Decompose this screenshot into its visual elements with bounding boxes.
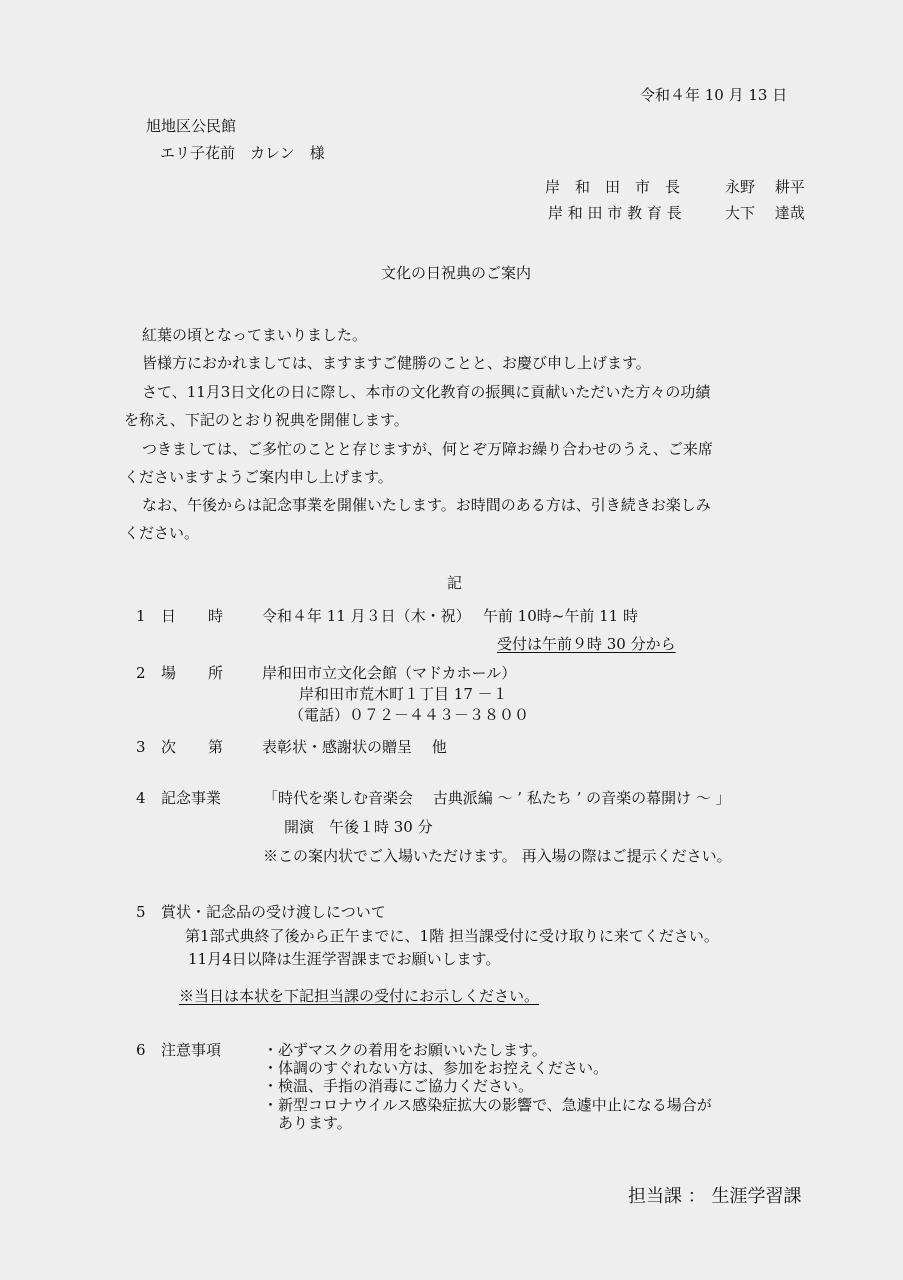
recipient-name: エリ子花前 カレン 様 (160, 146, 325, 161)
item-label: 賞状・記念品の受け渡しについて (161, 905, 386, 920)
venue-value: 岸和田市立文化会館（マドカホール） (262, 666, 516, 681)
event-title: 「時代を楽しむ音楽会 古典派編 ～ ’ 私たち ’ の音楽の幕開け ～ 」 (263, 791, 731, 806)
item-number: 4 (136, 791, 146, 806)
award-note: ※当日は本状を下記担当課の受付にお示しください。 (179, 989, 539, 1004)
ki-heading: 記 (447, 576, 462, 591)
award-line: 第1部式典終了後から正午までに、1階 担当課受付に受け取りに来てください。 (185, 929, 719, 944)
item-number: 2 (136, 666, 146, 681)
body-line: 皆様方におかれましては、ますますご健勝のことと、お慶び申し上げます。 (142, 356, 651, 371)
reception-note: 受付は午前９時 30 分から (497, 637, 676, 652)
item-label: 第 (208, 740, 223, 755)
body-line: ください。 (124, 526, 199, 541)
venue-phone: （電話）０７２－４４３－３８００ (289, 708, 529, 723)
item-label: 所 (208, 666, 223, 681)
program-value: 表彰状・感謝状の贈呈 他 (262, 740, 447, 755)
event-time: 開演 午後１時 30 分 (284, 820, 433, 835)
item-number: 6 (136, 1043, 146, 1058)
list-item: ・検温、手指の消毒にご協力ください。 (263, 1079, 533, 1094)
item-number: 3 (136, 740, 146, 755)
item-label: 場 (161, 666, 176, 681)
sender-title-mayor: 岸 和 田 市 長 (545, 180, 680, 195)
body-line: 紅葉の頃となってまいりました。 (142, 328, 367, 343)
body-line: を称え、下記のとおり祝典を開催します。 (124, 413, 409, 428)
body-line: なお、午後からは記念事業を開催いたします。お時間のある方は、引き続きお楽しみ (142, 498, 711, 513)
datetime-value: 令和４年 11 月３日（木・祝） 午前 10時~午前 11 時 (262, 609, 638, 624)
award-line: 11月4日以降は生涯学習課までお願いします。 (188, 952, 500, 967)
sender-title-superintendent: 岸 和 田 市 教 育 長 (548, 206, 682, 221)
document-title: 文化の日祝典のご案内 (381, 266, 531, 281)
recipient-org: 旭地区公民館 (146, 119, 236, 134)
list-item: あります。 (263, 1116, 352, 1131)
sender-name-superintendent: 大下 達哉 (725, 206, 805, 221)
item-label: 注意事項 (161, 1043, 221, 1058)
item-number: 5 (136, 905, 146, 920)
date: 令和４年 10 月 13 日 (640, 88, 787, 103)
item-number: 1 (136, 609, 146, 624)
body-line: さて、11月3日文化の日に際し、本市の文化教育の振興に貢献いただいた方々の功績 (142, 385, 710, 400)
list-item: ・新型コロナウイルス感染症拡大の影響で、急遽中止になる場合が (263, 1098, 712, 1113)
body-line: くださいますようご案内申し上げます。 (124, 470, 393, 485)
list-item: ・必ずマスクの着用をお願いいたします。 (263, 1043, 547, 1058)
sender-name-mayor: 永野 耕平 (725, 180, 805, 195)
item-label: 時 (208, 609, 223, 624)
item-label: 記念事業 (161, 791, 221, 806)
venue-address: 岸和田市荒木町１丁目 17 －１ (299, 687, 508, 702)
list-item: ・体調のすぐれない方は、参加をお控えください。 (263, 1061, 608, 1076)
event-note: ※この案内状でご入場いただけます。 再入場の際はご提示ください。 (263, 849, 732, 864)
body-line: つきましては、ご多忙のことと存じますが、何とぞ万障お繰り合わせのうえ、ご来席 (142, 442, 713, 457)
department-footer: 担当課 ： 生涯学習課 (628, 1188, 801, 1206)
item-label: 日 (161, 609, 176, 624)
item-label: 次 (161, 740, 176, 755)
